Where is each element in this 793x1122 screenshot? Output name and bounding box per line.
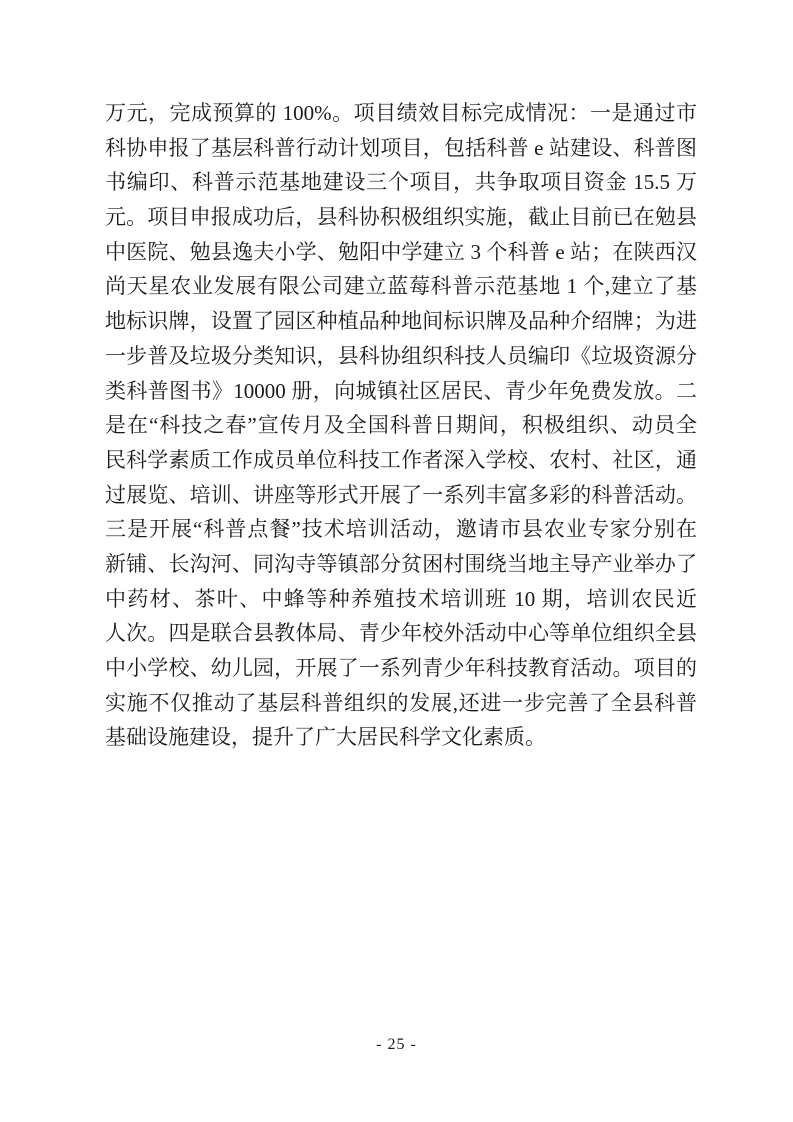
paragraph-line: 地标识牌，设置了园区种植品种地间标识牌及品种介绍牌；为进 — [105, 304, 697, 339]
paragraph-line: 过展览、培训、讲座等形式开展了一系列丰富多彩的科普活动。 — [105, 478, 697, 513]
paragraph-line: 万元，完成预算的 100%。项目绩效目标完成情况：一是通过市 — [105, 96, 697, 131]
paragraph-line: 类科普图书》10000 册，向城镇社区居民、青少年免费发放。二 — [105, 374, 697, 409]
paragraph-line: 是在“科技之春”宣传月及全国科普日期间，积极组织、动员全 — [105, 408, 697, 443]
paragraph-line: 一步普及垃圾分类知识，县科协组织科技人员编印《垃圾资源分 — [105, 339, 697, 374]
paragraph-line: 三是开展“科普点餐”技术培训活动，邀请市县农业专家分别在 — [105, 512, 697, 547]
paragraph-line: 基础设施建设，提升了广大居民科学文化素质。 — [105, 720, 697, 755]
paragraph-line: 科协申报了基层科普行动计划项目，包括科普 e 站建设、科普图 — [105, 131, 697, 166]
paragraph-line: 中医院、勉县逸夫小学、勉阳中学建立 3 个科普 e 站；在陕西汉 — [105, 235, 697, 270]
paragraph-line: 实施不仅推动了基层科普组织的发展,还进一步完善了全县科普 — [105, 686, 697, 721]
paragraph-line: 尚天星农业发展有限公司建立蓝莓科普示范基地 1 个,建立了基 — [105, 269, 697, 304]
page-number: - 25 - — [0, 1036, 793, 1054]
paragraph-line: 书编印、科普示范基地建设三个项目，共争取项目资金 15.5 万 — [105, 165, 697, 200]
paragraph-line: 元。项目申报成功后，县科协积极组织实施，截止目前已在勉县 — [105, 200, 697, 235]
paragraph-line: 民科学素质工作成员单位科技工作者深入学校、农村、社区，通 — [105, 443, 697, 478]
document-page: 万元，完成预算的 100%。项目绩效目标完成情况：一是通过市 科协申报了基层科普… — [0, 0, 793, 1122]
paragraph-line: 中小学校、幼儿园，开展了一系列青少年科技教育活动。项目的 — [105, 651, 697, 686]
paragraph-line: 中药材、茶叶、中蜂等种养殖技术培训班 10 期，培训农民近 500 — [105, 582, 697, 617]
paragraph-line: 新铺、长沟河、同沟寺等镇部分贫困村围绕当地主导产业举办了 — [105, 547, 697, 582]
paragraph-line: 人次。四是联合县教体局、青少年校外活动中心等单位组织全县 — [105, 616, 697, 651]
body-text: 万元，完成预算的 100%。项目绩效目标完成情况：一是通过市 科协申报了基层科普… — [105, 96, 697, 755]
